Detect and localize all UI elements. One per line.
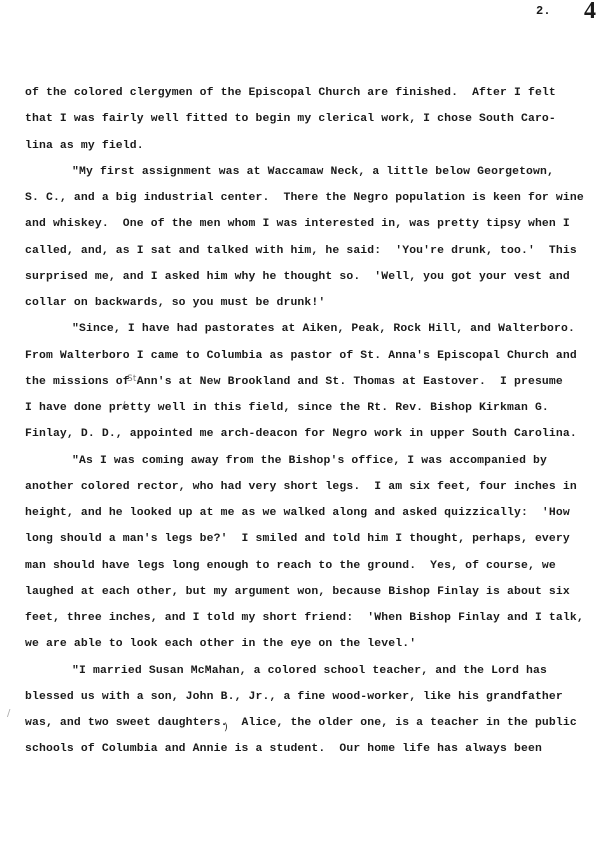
text-line: feet, three inches, and I told my short … xyxy=(25,611,584,625)
text-line: Finlay, D. D., appointed me arch-deacon … xyxy=(25,427,577,441)
text-line: height, and he looked up at me as we wal… xyxy=(25,506,570,520)
text-line: "I married Susan McMahan, a colored scho… xyxy=(72,664,547,678)
text-line: and whiskey. One of the men whom I was i… xyxy=(25,217,570,231)
handwritten-paren: ) xyxy=(224,722,228,733)
text-line: called, and, as I sat and talked with hi… xyxy=(25,244,577,258)
text-line: surprised me, and I asked him why he tho… xyxy=(25,270,570,284)
text-line: "Since, I have had pastorates at Aiken, … xyxy=(72,322,575,336)
text-line: man should have legs long enough to reac… xyxy=(25,559,556,573)
text-line: I have done pretty well in this field, s… xyxy=(25,401,549,415)
text-line: From Walterboro I came to Columbia as pa… xyxy=(25,349,577,363)
typed-document-page: 2. 4 of the colored clergymen of the Epi… xyxy=(0,0,600,863)
text-line: that I was fairly well fitted to begin m… xyxy=(25,112,556,126)
text-line: "As I was coming away from the Bishop's … xyxy=(72,454,547,468)
text-line: S. C., and a big industrial center. Ther… xyxy=(25,191,584,205)
text-line: of the colored clergymen of the Episcopa… xyxy=(25,86,556,100)
handwritten-insertion: St. xyxy=(127,374,140,384)
text-line: schools of Columbia and Annie is a stude… xyxy=(25,742,542,756)
handwritten-caret: / xyxy=(122,400,126,411)
text-line: blessed us with a son, John B., Jr., a f… xyxy=(25,690,563,704)
text-line: was, and two sweet daughters. Alice, the… xyxy=(25,716,577,730)
folio-mark: 4 xyxy=(584,0,596,25)
text-line: another colored rector, who had very sho… xyxy=(25,480,577,494)
page-number: 2. xyxy=(536,4,551,18)
text-line: lina as my field. xyxy=(25,139,144,153)
text-line: the missions of Ann's at New Brookland a… xyxy=(25,375,563,389)
text-line: "My first assignment was at Waccamaw Nec… xyxy=(72,165,554,179)
text-line: collar on backwards, so you must be drun… xyxy=(25,296,325,310)
text-line: laughed at each other, but my argument w… xyxy=(25,585,570,599)
margin-mark: / xyxy=(7,708,11,719)
text-line: long should a man's legs be?' I smiled a… xyxy=(25,532,570,546)
text-line: we are able to look each other in the ey… xyxy=(25,637,416,651)
